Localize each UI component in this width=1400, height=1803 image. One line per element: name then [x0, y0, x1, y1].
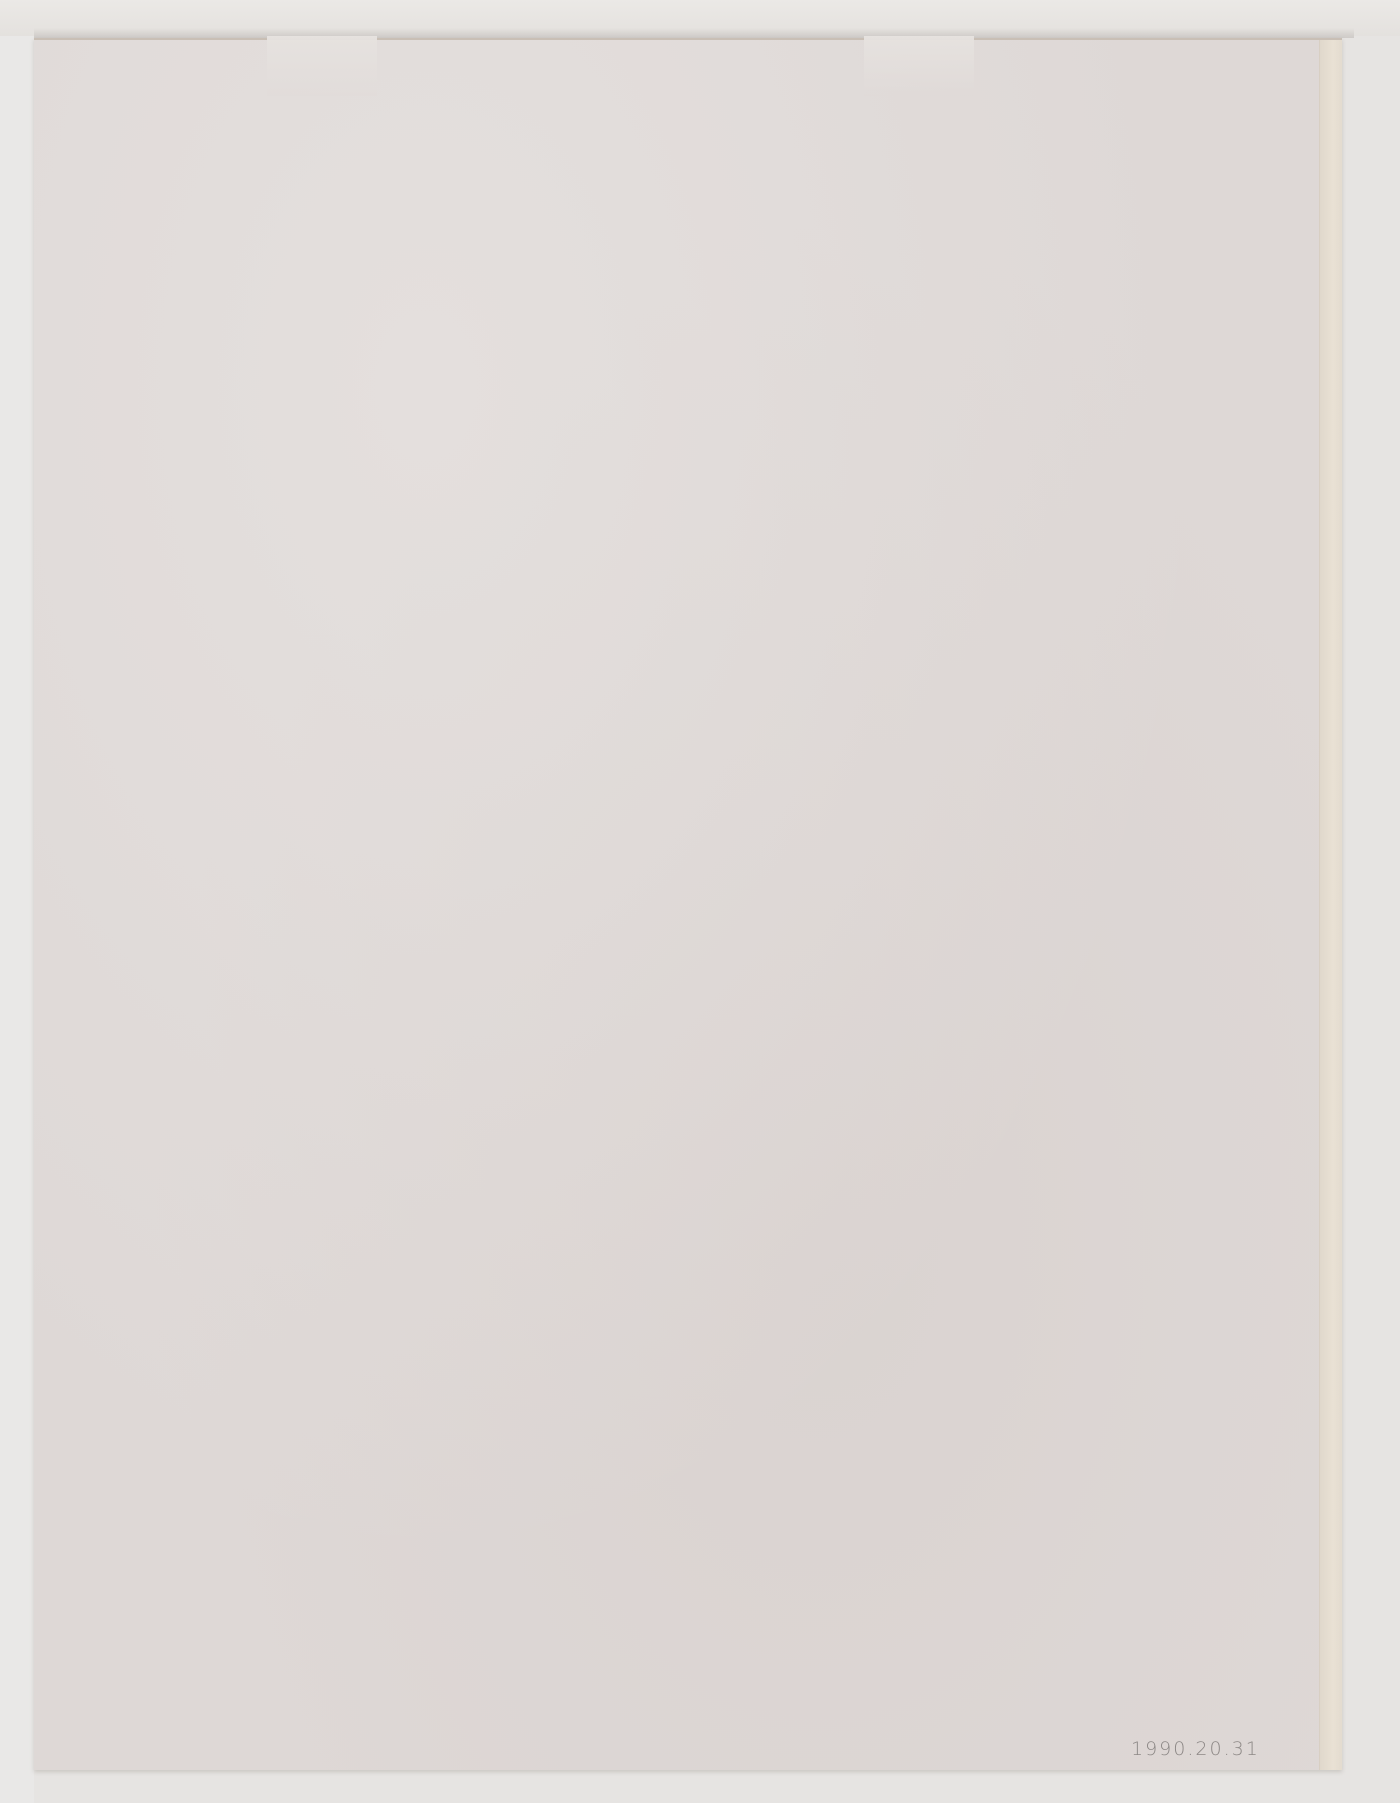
backdrop-left — [0, 36, 34, 1803]
deckle-edge — [1319, 40, 1342, 1770]
tape-hinge-right — [864, 36, 974, 96]
accession-number: 1990.20.31 — [1131, 1738, 1260, 1760]
paper-sheet — [34, 38, 1342, 1770]
tape-hinge-left — [267, 36, 377, 96]
paper-texture — [34, 40, 1342, 1770]
top-edge-shadow — [34, 28, 1354, 38]
